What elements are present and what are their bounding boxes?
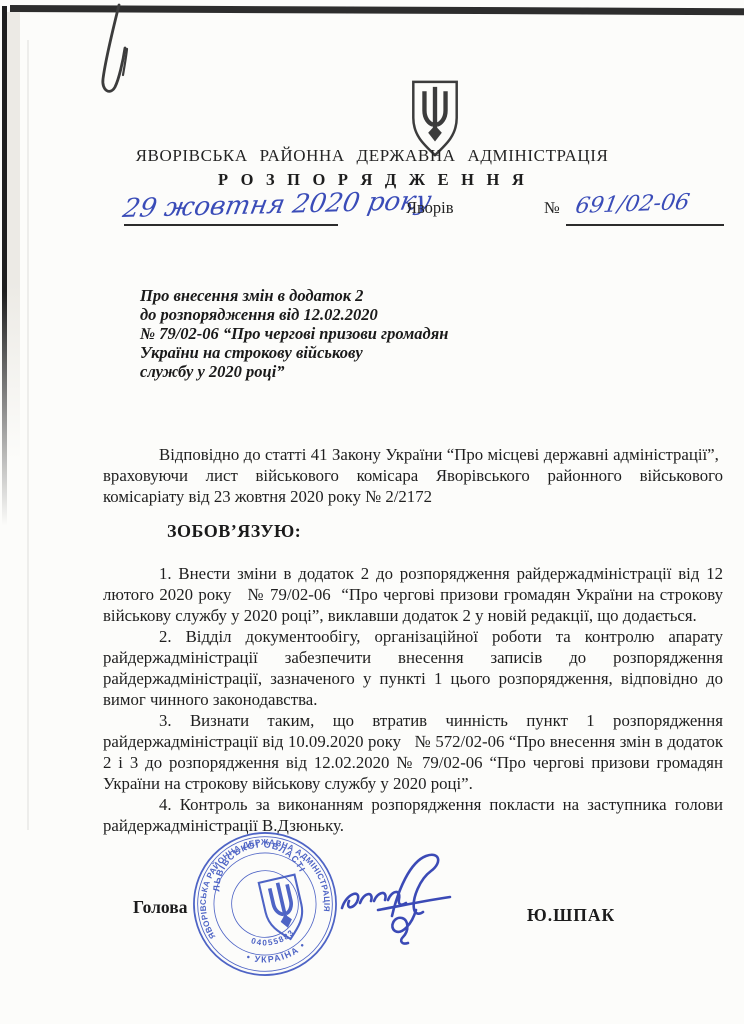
subject-block: Про внесення змін в додаток 2 до розпоря… (140, 286, 570, 381)
date-underline (124, 224, 338, 226)
subject-line: Про внесення змін в додаток 2 (140, 286, 570, 305)
handwritten-date: 29 жовтня 2020 року (120, 186, 433, 224)
preamble-paragraph: Відповідно до статті 41 Закону України “… (103, 444, 723, 507)
subject-line: № 79/02-06 “Про чергові призови громадян (140, 324, 570, 343)
scanned-document-page: ЯВОРІВСЬКА РАЙОННА ДЕРЖАВНА АДМІНІСТРАЦІ… (0, 0, 744, 1024)
organization-name: ЯВОРІВСЬКА РАЙОННА ДЕРЖАВНА АДМІНІСТРАЦІ… (0, 146, 744, 166)
paper-clip-icon (96, 1, 138, 101)
handwritten-document-number: 691/02-06 (573, 190, 691, 219)
signer-name: Ю.ШПАК (527, 905, 615, 926)
official-round-stamp: ЯВОРІВСЬКА РАЙОННА ДЕРЖАВНА АДМІНІСТРАЦІ… (171, 814, 358, 994)
number-underline (566, 224, 724, 226)
subject-line: України на строкову військову (140, 343, 570, 362)
order-item-3: 3. Визнати таким, що втратив чинність пу… (103, 710, 723, 794)
place-name: Яворів (406, 198, 454, 218)
preamble-text: Відповідно до статті 41 Закону України “… (103, 444, 723, 507)
signer-title: Голова (133, 897, 187, 918)
order-item-2: 2. Відділ документообігу, організаційної… (103, 626, 723, 710)
document-number-label: № (544, 198, 560, 218)
subject-line: до розпорядження від 12.02.2020 (140, 305, 570, 324)
obligation-heading: ЗОБОВ’ЯЗУЮ: (167, 521, 301, 542)
order-items: 1. Внести зміни в додаток 2 до розпорядж… (103, 563, 723, 836)
subject-line: службу у 2020 році” (140, 362, 570, 381)
order-item-4: 4. Контроль за виконанням розпорядження … (103, 794, 723, 836)
stamp-trident-icon (259, 875, 309, 943)
order-item-1: 1. Внести зміни в додаток 2 до розпорядж… (103, 563, 723, 626)
handwritten-signature (336, 846, 461, 971)
scan-edge-strip (7, 12, 20, 462)
